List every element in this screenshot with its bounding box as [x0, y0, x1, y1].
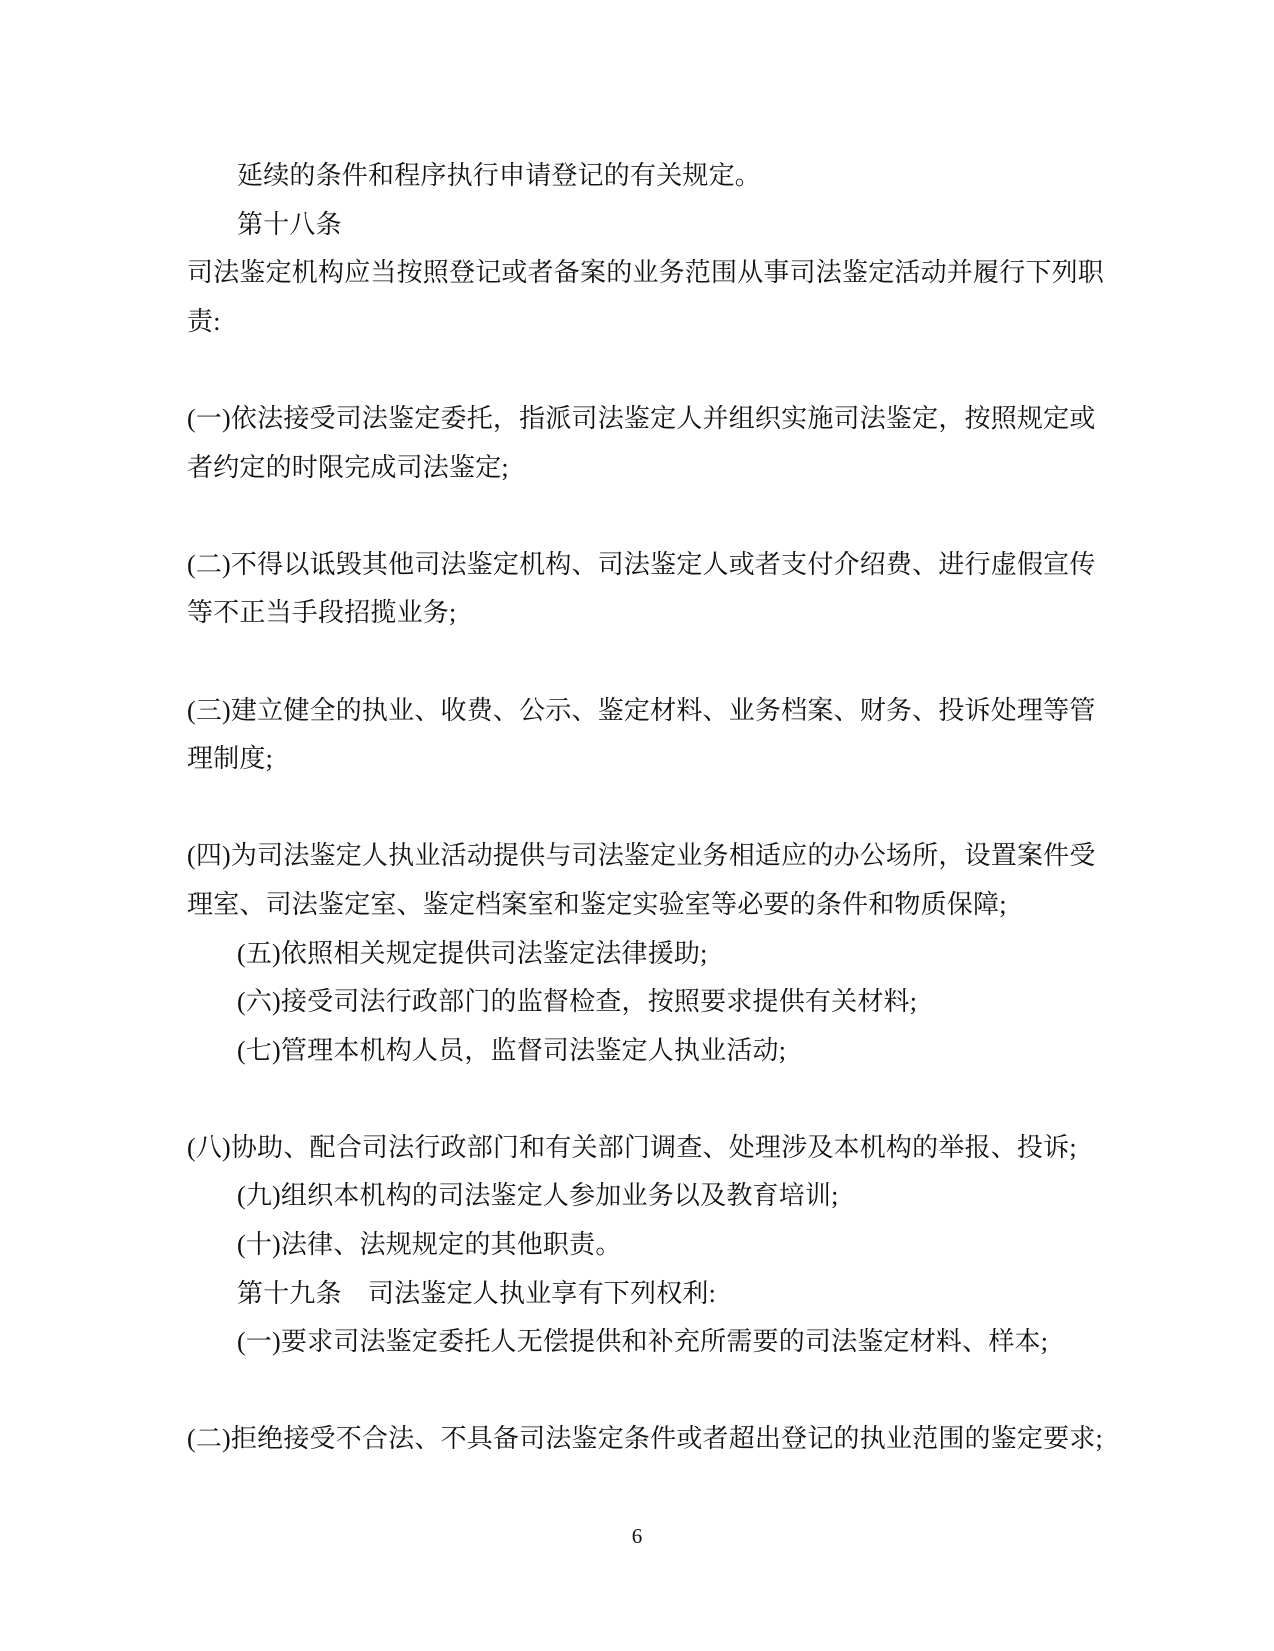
page-number: 6	[0, 1521, 1274, 1551]
text-line: (二)不得以诋毁其他司法鉴定机构、司法鉴定人或者支付介绍费、进行虚假宣传	[187, 541, 1112, 590]
blank-line	[187, 1075, 1112, 1124]
text-line: (五)依照相关规定提供司法鉴定法律援助;	[187, 930, 1112, 979]
text-line: (二)拒绝接受不合法、不具备司法鉴定条件或者超出登记的执业范围的鉴定要求;	[187, 1415, 1112, 1464]
text-line: (六)接受司法行政部门的监督检查，按照要求提供有关材料;	[187, 978, 1112, 1027]
text-line: 第十九条 司法鉴定人执业享有下列权利:	[187, 1270, 1112, 1319]
document-body: 延续的条件和程序执行申请登记的有关规定。 第十八条 司法鉴定机构应当按照登记或者…	[187, 152, 1112, 1464]
blank-line	[187, 638, 1112, 687]
text-line: 责:	[187, 298, 1112, 347]
text-line: (十)法律、法规规定的其他职责。	[187, 1221, 1112, 1270]
text-line: 司法鉴定机构应当按照登记或者备案的业务范围从事司法鉴定活动并履行下列职	[187, 249, 1112, 298]
text-line: 者约定的时限完成司法鉴定;	[187, 444, 1112, 493]
text-line: 等不正当手段招揽业务;	[187, 589, 1112, 638]
document-page: 延续的条件和程序执行申请登记的有关规定。 第十八条 司法鉴定机构应当按照登记或者…	[0, 0, 1274, 1651]
text-line: (一)依法接受司法鉴定委托，指派司法鉴定人并组织实施司法鉴定，按照规定或	[187, 395, 1112, 444]
text-line: (八)协助、配合司法行政部门和有关部门调查、处理涉及本机构的举报、投诉;	[187, 1124, 1112, 1173]
text-line: (九)组织本机构的司法鉴定人参加业务以及教育培训;	[187, 1172, 1112, 1221]
text-line: 理室、司法鉴定室、鉴定档案室和鉴定实验室等必要的条件和物质保障;	[187, 881, 1112, 930]
blank-line	[187, 784, 1112, 833]
blank-line	[187, 1367, 1112, 1416]
text-line: (一)要求司法鉴定委托人无偿提供和补充所需要的司法鉴定材料、样本;	[187, 1318, 1112, 1367]
text-line: 延续的条件和程序执行申请登记的有关规定。	[187, 152, 1112, 201]
blank-line	[187, 492, 1112, 541]
text-line: (三)建立健全的执业、收费、公示、鉴定材料、业务档案、财务、投诉处理等管	[187, 687, 1112, 736]
text-line: (四)为司法鉴定人执业活动提供与司法鉴定业务相适应的办公场所，设置案件受	[187, 832, 1112, 881]
text-line: 理制度;	[187, 735, 1112, 784]
text-line: (七)管理本机构人员，监督司法鉴定人执业活动;	[187, 1027, 1112, 1076]
text-line: 第十八条	[187, 201, 1112, 250]
blank-line	[187, 346, 1112, 395]
